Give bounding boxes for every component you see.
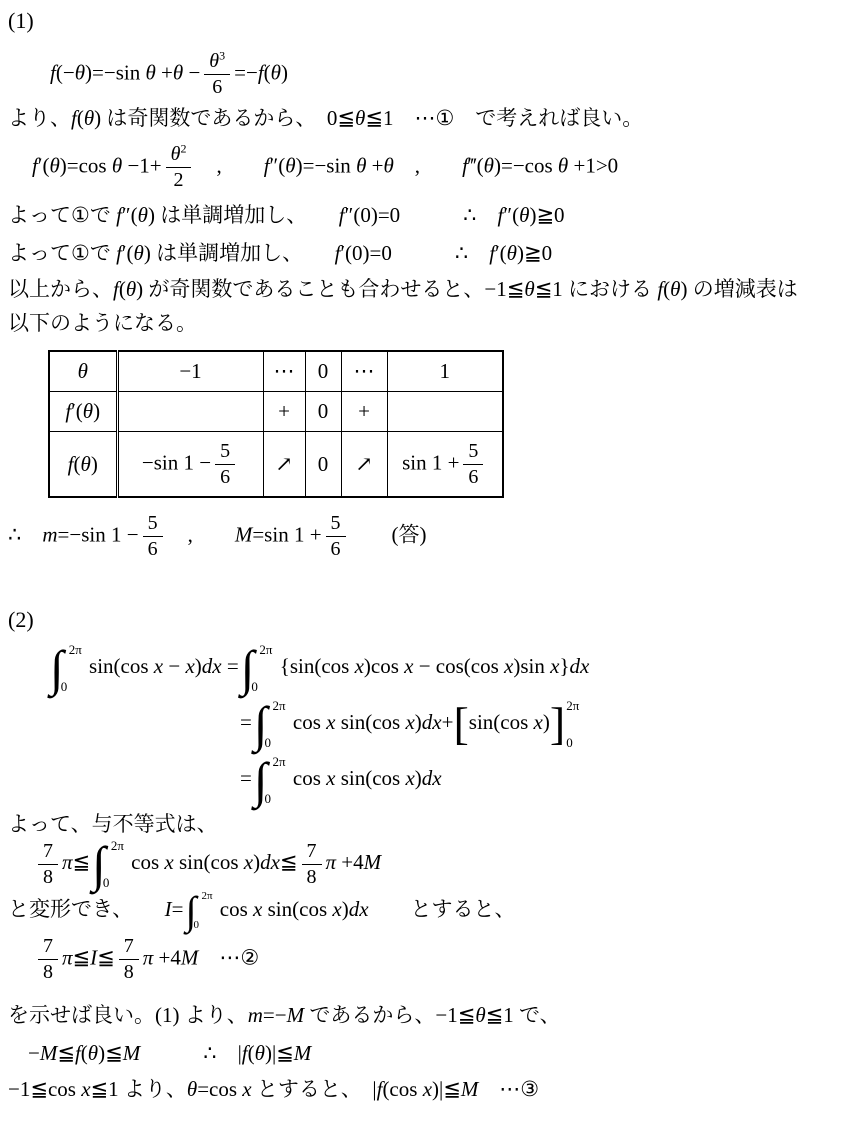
fraction: θ22 xyxy=(166,143,192,192)
text-run: x xyxy=(423,1077,432,1101)
text-run: θ xyxy=(134,241,144,265)
text-run: π xyxy=(62,850,73,874)
text-run: よって①で xyxy=(8,241,116,265)
text-run: ″( xyxy=(503,203,519,227)
fraction: 56 xyxy=(143,512,163,561)
text-run: + xyxy=(442,710,454,734)
table-cell: ⋯ xyxy=(341,351,387,392)
text-run: 5 xyxy=(468,440,478,462)
table-row-f: f(θ) −sin 1 −56 ↗ 0 ↗ sin 1 +56 xyxy=(49,432,503,498)
text-run: dx xyxy=(422,766,442,790)
text-run: dx xyxy=(570,654,590,678)
text-run: θ xyxy=(112,153,122,177)
text-run: π xyxy=(326,850,337,874)
fraction: 78 xyxy=(38,935,58,984)
integral-limits: 2π0 xyxy=(64,643,82,693)
text-run: dx xyxy=(349,897,369,921)
superscript: 3 xyxy=(219,48,225,62)
text-run: dx xyxy=(202,654,222,678)
text-run: θ xyxy=(75,60,85,84)
text-run: )|≦ xyxy=(265,1041,294,1065)
text-run: = xyxy=(172,897,184,921)
text-run: ) xyxy=(144,241,151,265)
table-row-theta: θ −1 ⋯ 0 ⋯ 1 xyxy=(49,351,503,392)
text-run: ( xyxy=(74,452,81,476)
text-run: ′(0)=0 ∴ xyxy=(340,241,489,265)
upper-limit: 2π xyxy=(273,755,286,768)
text-run: ⋯① で考えれば良い。 xyxy=(393,106,643,130)
text-run: )|≦ xyxy=(432,1077,461,1101)
integral-limits: 2π0 xyxy=(196,891,212,931)
text-run: ≦1 xyxy=(365,106,393,130)
text-run: )≧0 xyxy=(529,203,564,227)
text-run: x xyxy=(244,850,253,874)
upper-limit: 2π xyxy=(273,699,286,712)
numerator: θ3 xyxy=(204,50,230,75)
table-cell: 0 xyxy=(305,351,341,392)
text-run: (1) xyxy=(155,1003,180,1027)
text-run: −1≦ xyxy=(435,1003,475,1027)
text-run: ′( xyxy=(38,153,50,177)
text-run: θ xyxy=(49,153,59,177)
text-run: = xyxy=(240,710,252,734)
text-run: x xyxy=(154,654,163,678)
equation-odd-function: f(−θ)=−sin θ +θ −θ36=−f(θ) xyxy=(50,50,841,99)
table-cell: ↗ xyxy=(263,432,305,498)
text-run: sin(cos xyxy=(262,897,332,921)
line-f-double-prime-monotone: よって①で f″(θ) は単調増加し、 f″(0)=0 ∴ f″(θ)≧0 xyxy=(8,200,841,230)
text-run: θ xyxy=(285,153,295,177)
upper-limit: 2π xyxy=(201,891,212,902)
text-run: 6 xyxy=(220,466,230,488)
text-run: M xyxy=(235,522,253,546)
text-run: 0 xyxy=(318,452,329,476)
text-run: における xyxy=(563,277,658,301)
text-run: )≦ xyxy=(98,1041,123,1065)
text-run: 1 xyxy=(440,359,451,383)
text-run: θ xyxy=(173,60,183,84)
table-cell: −1 xyxy=(117,351,263,392)
text-run: π xyxy=(143,945,154,969)
text-run: θ xyxy=(356,153,366,177)
line-cos-substitution: −1≦cos x≦1 より、θ=cos x とすると、 |f(cos x)|≦M… xyxy=(8,1074,841,1104)
text-run: 以下のようになる。 xyxy=(8,311,197,335)
text-run: M xyxy=(123,1041,141,1065)
lower-limit: 0 xyxy=(103,876,124,889)
text-run: + xyxy=(278,399,290,423)
text-run: 0 xyxy=(318,399,329,423)
text-run: より、 xyxy=(180,1003,248,1027)
line-given-inequality: よって、与不等式は、 xyxy=(8,809,841,839)
upper-limit: 2π xyxy=(69,643,82,656)
numerator: 7 xyxy=(302,840,322,865)
text-run: θ xyxy=(519,203,529,227)
text-run: x xyxy=(355,654,364,678)
text-run: sin(cos xyxy=(84,654,154,678)
text-run: + xyxy=(366,153,383,177)
text-run: ≦ xyxy=(280,850,298,874)
text-run: m xyxy=(42,522,57,546)
lower-limit: 0 xyxy=(265,792,286,805)
text-run: =sin 1 + xyxy=(252,522,321,546)
table-cell xyxy=(387,392,503,432)
text-run: ) xyxy=(543,710,550,734)
equation-inequality-I: 78π≦I≦78π +4M ⋯② xyxy=(34,935,841,984)
text-run: θ xyxy=(271,60,281,84)
text-run: θ xyxy=(145,60,155,84)
text-run: ) xyxy=(342,897,349,921)
integral: ∫2π0 xyxy=(254,755,286,805)
text-run: , xyxy=(167,522,235,546)
text-run: , xyxy=(394,153,462,177)
text-run: ( xyxy=(119,277,126,301)
text-run: ) xyxy=(415,710,422,734)
text-run: ′( xyxy=(122,241,134,265)
text-run: )=−cos xyxy=(494,153,558,177)
text-run: sin(cos xyxy=(335,710,405,734)
integral-limits: 2π0 xyxy=(268,755,286,805)
text-run: −1≦cos xyxy=(8,1077,81,1101)
text-run: x xyxy=(534,710,543,734)
text-run: θ xyxy=(355,106,365,130)
text-run: ↗ xyxy=(355,452,373,476)
text-run: cos xyxy=(126,850,165,874)
text-run: ⋯② xyxy=(198,945,259,969)
text-run: は奇関数であるから、 xyxy=(101,106,327,130)
lower-limit: 0 xyxy=(265,736,286,749)
text-run: θ xyxy=(255,1041,265,1065)
text-run: であるから、 xyxy=(304,1003,435,1027)
text-run: 2 xyxy=(174,169,184,191)
superscript: 2 xyxy=(180,141,186,155)
text-run: −1≦ xyxy=(484,277,524,301)
text-run: + xyxy=(358,399,370,423)
denominator: 6 xyxy=(207,75,227,99)
text-run: cos xyxy=(215,897,254,921)
text-run: θ xyxy=(558,153,568,177)
fraction: 56 xyxy=(463,440,483,489)
fraction: 56 xyxy=(326,512,346,561)
text-run: M xyxy=(461,1077,479,1101)
text-run: sin 1 + xyxy=(402,450,459,474)
text-run: − xyxy=(163,654,185,678)
text-run: ⋯ xyxy=(354,359,375,383)
integral: ∫2π0 xyxy=(50,643,82,693)
bracket: ] xyxy=(550,698,565,749)
equation-integral-result: =∫2π0 cos x sin(cos x)dx xyxy=(240,755,841,805)
line-abs-bound: −M≦f(θ)≦M ∴ |f(θ)|≦M xyxy=(28,1038,841,1068)
text-run: ″( xyxy=(270,153,286,177)
text-run: +4 xyxy=(336,850,364,874)
text-run: θ xyxy=(88,1041,98,1065)
text-run: x xyxy=(253,897,262,921)
text-run: と変形でき、 xyxy=(8,897,165,921)
integral: ∫2π0 xyxy=(241,643,273,693)
text-run: 6 xyxy=(331,538,341,560)
text-run: θ xyxy=(670,277,680,301)
denominator: 8 xyxy=(302,865,322,889)
solution-document: (1) f(−θ)=−sin θ +θ −θ36=−f(θ) より、f(θ) は… xyxy=(0,0,847,1104)
text-run: は単調増加し、 xyxy=(151,241,335,265)
fraction: 78 xyxy=(302,840,322,889)
text-run: − cos(cos xyxy=(413,654,504,678)
text-run: より、 xyxy=(119,1077,187,1101)
lower-limit: 0 xyxy=(193,920,212,931)
text-run: 0 xyxy=(318,359,329,383)
text-run: x xyxy=(405,710,414,734)
text-run: θ xyxy=(171,143,181,165)
text-run: cos xyxy=(288,766,327,790)
line-define-I: と変形でき、 I=∫2π0 cos x sin(cos x)dx とすると、 xyxy=(8,891,841,931)
text-run: ‴( xyxy=(468,153,484,177)
text-run: ″( xyxy=(122,203,138,227)
line-show-suffices: を示せば良い。(1) より、m=−M であるから、−1≦θ≦1 で、 xyxy=(8,1000,841,1030)
upper-limit: 2π xyxy=(111,839,124,852)
text-run: )≧0 xyxy=(517,241,552,265)
numerator: 7 xyxy=(119,935,139,960)
text-run: } xyxy=(559,654,569,678)
text-run: 5 xyxy=(148,512,158,534)
text-run: ) xyxy=(93,399,100,423)
text-run: M xyxy=(364,850,382,874)
text-run: +1>0 xyxy=(568,153,618,177)
text-run: x xyxy=(242,1077,251,1101)
text-run: x xyxy=(332,897,341,921)
denominator: 6 xyxy=(463,465,483,489)
bracket: [ xyxy=(453,698,468,749)
text-run: ≦1 xyxy=(535,277,563,301)
text-run: ≦ xyxy=(73,850,91,874)
text-run: = xyxy=(240,766,252,790)
text-run: 5 xyxy=(331,512,341,534)
text-run: とすると、 xyxy=(369,897,516,921)
text-run: ) xyxy=(195,654,202,678)
bracket-limits: 2π0 xyxy=(566,699,579,749)
text-run: 6 xyxy=(148,538,158,560)
text-run: は単調増加し、 xyxy=(155,203,339,227)
text-run: =cos xyxy=(197,1077,242,1101)
text-run: θ xyxy=(83,399,93,423)
upper-limit: 2π xyxy=(566,699,579,712)
table-cell: + xyxy=(341,392,387,432)
text-run: (答) xyxy=(350,522,427,546)
integral: ∫2π0 xyxy=(92,839,124,889)
text-run: θ xyxy=(475,1003,485,1027)
table-cell xyxy=(117,392,263,432)
denominator: 6 xyxy=(143,537,163,561)
text-run: sin(cos xyxy=(174,850,244,874)
text-run: ( xyxy=(264,60,271,84)
text-run: 7 xyxy=(124,935,134,957)
text-run: )sin xyxy=(513,654,550,678)
text-run: M xyxy=(294,1041,312,1065)
table-cell: 0 xyxy=(305,432,341,498)
text-run: +4 xyxy=(153,945,181,969)
text-run: で、 xyxy=(514,1003,561,1027)
text-run: − xyxy=(28,1041,40,1065)
numerator: 5 xyxy=(463,440,483,465)
text-run: )=−sin xyxy=(296,153,356,177)
equation-integral-expand: ∫2π0 sin(cos x − x)dx =∫2π0 {sin(cos x)c… xyxy=(48,643,841,693)
table-cell: −sin 1 −56 xyxy=(117,432,263,498)
text-run: ( xyxy=(77,106,84,130)
table-cell: ↗ xyxy=(341,432,387,498)
text-run: ( xyxy=(248,1041,255,1065)
text-run: ′( xyxy=(495,241,507,265)
text-run: =− xyxy=(234,60,258,84)
text-run: ∴ | xyxy=(140,1041,242,1065)
text-run: ≦1 xyxy=(486,1003,514,1027)
text-run: ″(0)=0 ∴ xyxy=(345,203,498,227)
text-run: ≦ xyxy=(73,945,91,969)
line-odd-function-statement: より、f(θ) は奇関数であるから、 0≦θ≦1 ⋯① で考えれば良い。 xyxy=(8,103,841,133)
text-run: )=cos xyxy=(60,153,112,177)
text-run: cos xyxy=(288,710,327,734)
text-run: −1 xyxy=(179,359,201,383)
text-run: 8 xyxy=(124,961,134,983)
lower-limit: 0 xyxy=(566,736,579,749)
text-run: x xyxy=(185,654,194,678)
text-run: )cos xyxy=(364,654,404,678)
lower-limit: 0 xyxy=(61,680,82,693)
equation-integral-parts: =∫2π0 cos x sin(cos x)dx+[sin(cos x)]2π0 xyxy=(240,699,841,749)
text-run: {sin(cos xyxy=(274,654,354,678)
text-run: よって①で xyxy=(8,203,116,227)
text-run: = xyxy=(222,654,239,678)
text-run: M xyxy=(181,945,199,969)
text-run: を示せば良い。 xyxy=(8,1003,155,1027)
text-run: θ xyxy=(78,359,88,383)
text-run: 8 xyxy=(307,866,317,888)
text-run: x xyxy=(405,766,414,790)
fraction: 78 xyxy=(38,840,58,889)
text-run: θ xyxy=(507,241,517,265)
text-run: dx xyxy=(422,710,442,734)
text-run: よって、与不等式は、 xyxy=(8,812,218,836)
text-run: 6 xyxy=(212,76,222,98)
line-summary-1: 以上から、f(θ) が奇関数であることも合わせると、−1≦θ≦1 における f(… xyxy=(8,274,841,304)
text-run: + xyxy=(156,60,173,84)
text-run: (− xyxy=(56,60,75,84)
text-run: −1+ xyxy=(122,153,161,177)
lower-limit: 0 xyxy=(251,680,272,693)
text-run: 7 xyxy=(307,840,317,862)
text-run: の増減表は xyxy=(687,277,797,301)
denominator: 8 xyxy=(119,960,139,984)
text-run: θ xyxy=(524,277,534,301)
integral: ∫2π0 xyxy=(254,699,286,749)
text-run: θ xyxy=(209,50,219,72)
text-run: ) xyxy=(148,203,155,227)
text-run: x xyxy=(164,850,173,874)
fraction: 56 xyxy=(215,440,235,489)
numerator: 7 xyxy=(38,840,58,865)
text-run: より、 xyxy=(8,106,71,130)
text-run: x xyxy=(504,654,513,678)
line-f-prime-monotone: よって①で f′(θ) は単調増加し、 f′(0)=0 ∴ f′(θ)≧0 xyxy=(8,238,841,268)
fraction: θ36 xyxy=(204,50,230,99)
text-run: dx xyxy=(260,850,280,874)
fraction: 78 xyxy=(119,935,139,984)
text-run: が奇関数であることも合わせると、 xyxy=(143,277,484,301)
text-run: 6 xyxy=(468,466,478,488)
denominator: 6 xyxy=(326,537,346,561)
text-run: θ xyxy=(484,153,494,177)
text-run: ∴ xyxy=(8,522,42,546)
text-run: m xyxy=(248,1003,263,1027)
text-run: ⋯ xyxy=(274,359,295,383)
text-run: I xyxy=(165,897,172,921)
text-run: とすると、 xyxy=(252,1077,373,1101)
increase-decrease-table: θ −1 ⋯ 0 ⋯ 1 f′(θ) + 0 + f(θ) −sin 1 −56… xyxy=(48,350,504,498)
text-run: θ xyxy=(84,106,94,130)
integral-limits: 2π0 xyxy=(106,839,124,889)
text-run: −sin 1 − xyxy=(142,450,211,474)
text-run: θ xyxy=(126,277,136,301)
text-run: 8 xyxy=(43,866,53,888)
text-run: ( xyxy=(81,1041,88,1065)
text-run: 8 xyxy=(43,961,53,983)
table-cell: 1 xyxy=(387,351,503,392)
denominator: 2 xyxy=(169,168,189,192)
text-run: ≦1 xyxy=(91,1077,119,1101)
text-run: 7 xyxy=(43,935,53,957)
text-run: ) xyxy=(415,766,422,790)
text-run: − xyxy=(183,60,200,84)
text-run: sin(cos xyxy=(469,710,534,734)
text-run: θ xyxy=(187,1077,197,1101)
text-run: , xyxy=(195,153,263,177)
text-run: x xyxy=(81,1077,90,1101)
text-run: θ xyxy=(81,452,91,476)
integral-limits: 2π0 xyxy=(268,699,286,749)
text-run: π xyxy=(62,945,73,969)
text-run: (cos xyxy=(382,1077,422,1101)
equation-inequality-integral: 78π≦∫2π0 cos x sin(cos x)dx≦78π +4M xyxy=(34,839,841,889)
integral: ∫2π0 xyxy=(186,891,213,931)
numerator: θ2 xyxy=(166,143,192,168)
numerator: 5 xyxy=(143,512,163,537)
text-run: 5 xyxy=(220,440,230,462)
text-run: M xyxy=(40,1041,58,1065)
text-run: ⋯③ xyxy=(478,1077,539,1101)
part2-label: (2) xyxy=(8,605,841,635)
text-run: ↗ xyxy=(275,452,293,476)
line-answer-m-M: ∴ m=−sin 1 −56 , M=sin 1 +56 (答) xyxy=(8,512,841,561)
equation-derivatives: f′(θ)=cos θ −1+θ22 , f″(θ)=−sin θ +θ , f… xyxy=(32,143,841,192)
text-run: ′( xyxy=(71,399,83,423)
part1-label: (1) xyxy=(8,6,841,36)
text-run: θ xyxy=(383,153,393,177)
upper-limit: 2π xyxy=(259,643,272,656)
text-run: =−sin 1 − xyxy=(58,522,139,546)
text-run: θ xyxy=(138,203,148,227)
line-summary-2: 以下のようになる。 xyxy=(8,308,841,338)
text-run: 以上から、 xyxy=(8,277,113,301)
text-run: 7 xyxy=(43,840,53,862)
text-run: M xyxy=(287,1003,305,1027)
table-row-f-prime: f′(θ) + 0 + xyxy=(49,392,503,432)
denominator: 6 xyxy=(215,465,235,489)
numerator: 5 xyxy=(215,440,235,465)
table-cell: f(θ) xyxy=(49,432,117,498)
text-run: =− xyxy=(263,1003,287,1027)
table-cell: sin 1 +56 xyxy=(387,432,503,498)
table-cell: ⋯ xyxy=(263,351,305,392)
table-cell: f′(θ) xyxy=(49,392,117,432)
integral-limits: 2π0 xyxy=(254,643,272,693)
denominator: 8 xyxy=(38,865,58,889)
